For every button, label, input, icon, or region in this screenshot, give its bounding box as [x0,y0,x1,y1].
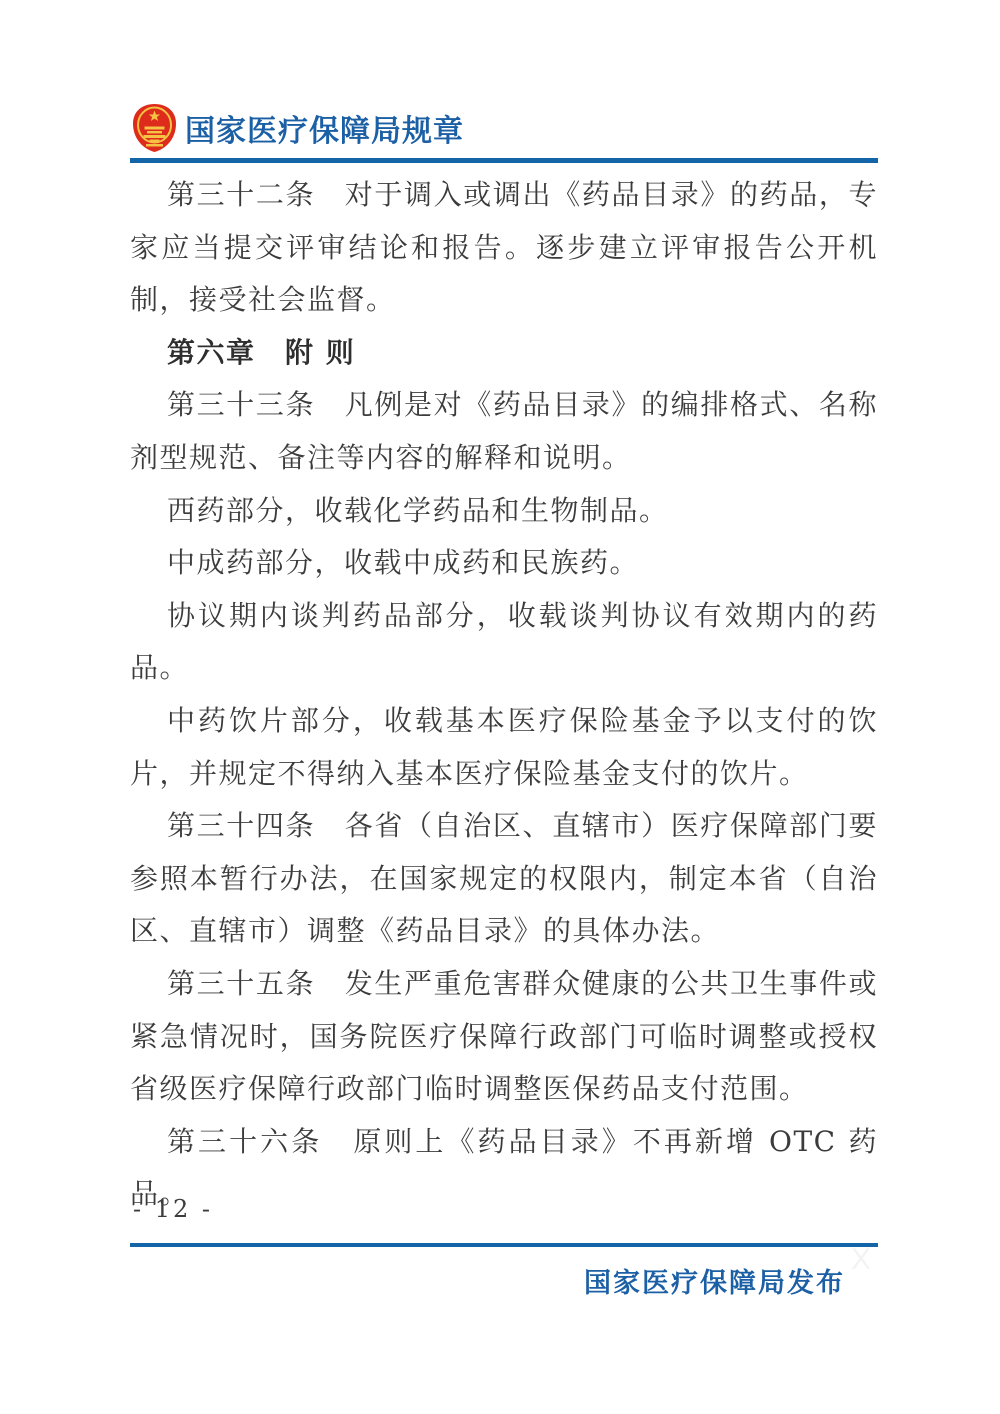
watermark-mark: X [851,1243,871,1277]
chapter-heading: 第六章 附 则 [130,327,878,380]
paragraph-article-36: 第三十六条 原则上《药品目录》不再新增 OTC 药品。 [130,1116,878,1221]
paragraph-negotiated-drugs: 协议期内谈判药品部分，收载谈判协议有效期内的药品。 [130,590,878,695]
publisher-label: 国家医疗保障局发布 [584,1261,845,1300]
document-header-title: 国家医疗保障局规章 [185,106,464,150]
page-number: - 12 - [133,1195,213,1223]
paragraph-western-medicine: 西药部分，收载化学药品和生物制品。 [130,485,878,538]
national-emblem-icon [131,103,178,153]
paragraph-article-33: 第三十三条 凡例是对《药品目录》的编排格式、名称剂型规范、备注等内容的解释和说明… [130,379,878,484]
header-divider [130,158,878,163]
paragraph-article-34: 第三十四条 各省（自治区、直辖市）医疗保障部门要参照本暂行办法，在国家规定的权限… [130,800,878,958]
paragraph-article-35: 第三十五条 发生严重危害群众健康的公共卫生事件或紧急情况时，国务院医疗保障行政部… [130,958,878,1116]
document-page: 国家医疗保障局规章 第三十二条 对于调入或调出《药品目录》的药品，专家应当提交评… [0,0,1000,1414]
document-body: 第三十二条 对于调入或调出《药品目录》的药品，专家应当提交评审结论和报告。逐步建… [130,169,878,1221]
paragraph-chinese-patent-medicine: 中成药部分，收载中成药和民族药。 [130,537,878,590]
document-header: 国家医疗保障局规章 [131,103,464,153]
paragraph-article-32: 第三十二条 对于调入或调出《药品目录》的药品，专家应当提交评审结论和报告。逐步建… [130,169,878,327]
paragraph-herbal-pieces: 中药饮片部分，收载基本医疗保险基金予以支付的饮片，并规定不得纳入基本医疗保险基金… [130,695,878,800]
footer-divider [130,1243,878,1247]
